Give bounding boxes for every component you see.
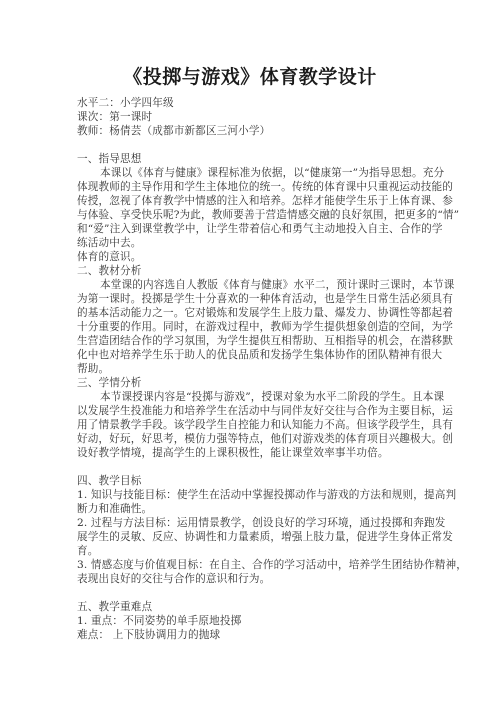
document-page: 《投掷与游戏》体育教学设计 水平二：小学四年级 课次：第一课时 教师：杨倩芸（成… <box>0 0 500 707</box>
paragraph-line: 本节课授课内容是“投掷与游戏”，授课对象为水平二阶段的学生。且本课 <box>100 390 500 404</box>
paragraph-line: 体现教师的主导作用和学生主体地位的统一。传统的体育课中只重视运动技能的 <box>77 180 477 194</box>
paragraph-line: 展学生的灵敏、反应、协调性和力量素质，增强上肢力量，促进学生身体正常发 <box>77 530 477 544</box>
paragraph-line: 十分重要的作用。同时，在游戏过程中，教师为学生提供想象创造的空间，为学 <box>77 320 477 334</box>
meta-level: 水平二：小学四年级 <box>77 96 477 110</box>
paragraph-line: 设好教学情境，提高学生的上课积极性，能让课堂效率事半功倍。 <box>77 446 477 460</box>
meta-teacher: 教师：杨倩芸（成都市新都区三河小学） <box>77 124 477 138</box>
paragraph-line: 断力和准确性。 <box>77 502 477 516</box>
section-heading-material-analysis: 二、教材分析 <box>77 264 477 278</box>
paragraph-line: 与体验、享受快乐呢?为此，教师要善于营造情感交融的良好氛围，把更多的“情” <box>77 208 477 222</box>
paragraph-line: 和“爱”注入到课堂教学中，让学生带着信心和勇气主动地投入自主、合作的学 <box>77 222 477 236</box>
paragraph-line: 难点： 上下肢协调用力的抛球 <box>77 628 477 642</box>
document-title: 《投掷与游戏》体育教学设计 <box>0 62 500 89</box>
paragraph-line: 化中也对培养学生乐于助人的优良品质和发扬学生集体协作的团队精神有很大 <box>77 348 477 362</box>
section-heading-guiding-ideology: 一、指导思想 <box>77 152 477 166</box>
paragraph-line: 本堂课的内容选自人教版《体育与健康》水平二，预计课时三课时，本节课 <box>100 278 500 292</box>
paragraph-line: 练活动中去。 <box>77 236 477 250</box>
paragraph-line: 以发展学生投准能力和培养学生在活动中与同伴友好交往与合作为主要目标，运 <box>77 404 477 418</box>
paragraph-line: 帮助。 <box>77 362 477 376</box>
section-heading-teaching-objectives: 四、教学目标 <box>77 474 477 488</box>
paragraph-line: 1. 知识与技能目标：使学生在活动中掌握投掷动作与游戏的方法和规则，提高判 <box>77 488 477 502</box>
paragraph-line: 体育的意识。 <box>77 250 477 264</box>
paragraph-line: 用了情景教学手段。该学段学生自控能力和认知能力不高。但该学段学生，具有 <box>77 418 477 432</box>
section-heading-student-analysis: 三、学情分析 <box>77 376 477 390</box>
paragraph-line: 3. 情感态度与价值观目标：在自主、合作的学习活动中，培养学生团结协作精神， <box>77 558 477 572</box>
paragraph-line: 本课以《体育与健康》课程标准为依据，以“健康第一”为指导思想。充分 <box>100 166 500 180</box>
paragraph-line: 育。 <box>77 544 477 558</box>
paragraph-line: 2. 过程与方法目标：运用情景教学，创设良好的学习环境，通过投掷和奔跑发 <box>77 516 477 530</box>
paragraph-line: 传授，忽视了体育教学中情感的注入和培养。怎样才能使学生乐于上体育课、参 <box>77 194 477 208</box>
section-heading-key-difficult-points: 五、教学重难点 <box>77 600 477 614</box>
paragraph-line: 生营造团结合作的学习氛围，为学生提供互相帮助、互相指导的机会，在潜移默 <box>77 334 477 348</box>
paragraph-line: 为第一课时。投掷是学生十分喜欢的一种体育活动，也是学生日常生活必须具有 <box>77 292 477 306</box>
paragraph-line: 的基本活动能力之一。它对锻炼和发展学生上肢力量、爆发力、协调性等都起着 <box>77 306 477 320</box>
paragraph-line: 1. 重点：不同姿势的单手原地投掷 <box>77 614 477 628</box>
meta-lesson: 课次：第一课时 <box>77 110 477 124</box>
paragraph-line: 好动，好玩，好思考，模仿力强等特点，他们对游戏类的体育项目兴趣极大。创 <box>77 432 477 446</box>
paragraph-line: 表现出良好的交往与合作的意识和行为。 <box>77 572 477 586</box>
